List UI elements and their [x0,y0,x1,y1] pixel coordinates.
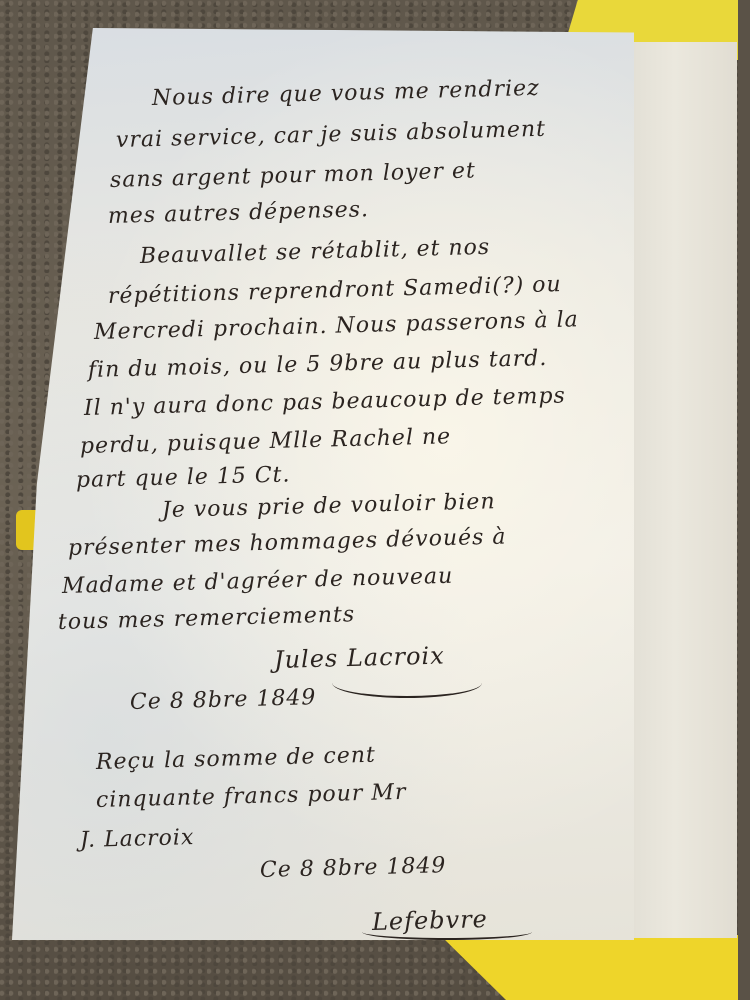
receipt-signature-flourish [362,924,532,940]
letter-line: répétitions reprendront Samedi(?) ou [108,272,562,309]
letter-line: vrai service, car je suis absolument [116,117,547,153]
letter-line: mes autres dépenses. [108,197,370,229]
letter-line: Je vous prie de vouloir bien [162,489,496,523]
letter-facing-page [632,42,737,938]
letter-line: Nous dire que vous me rendriez [152,76,540,111]
letter-page: Nous dire que vous me rendriez vrai serv… [12,28,634,940]
letter-line: Il n'y aura donc pas beaucoup de temps [84,383,566,421]
receipt-line: cinquante francs pour Mr [96,780,407,813]
letter-line: tous mes remerciements [58,602,356,635]
receipt-line: J. Lacroix [80,825,195,853]
letter-line: sans argent pour mon loyer et [110,158,477,193]
letter-body: Nous dire que vous me rendriez vrai serv… [12,28,634,940]
carpet-edge [738,0,750,1000]
letter-line: Mercredi prochain. Nous passerons à la [94,307,579,345]
receipt-date: Ce 8 8bre 1849 [260,853,447,883]
letter-line: part que le 15 Ct. [76,462,291,493]
receipt-line: Reçu la somme de cent [96,743,376,775]
letter-line: présenter mes hommages dévoués à [68,525,507,561]
letter-line: Beauvallet se rétablit, et nos [140,235,491,269]
yellow-envelope-bottom [440,935,740,1000]
letter-date: Ce 8 8bre 1849 [130,685,317,715]
letter-line: perdu, puisque Mlle Rachel ne [80,424,452,459]
signature-flourish [332,668,482,698]
letter-line: fin du mois, ou le 5 9bre au plus tard. [88,346,548,383]
letter-line: Madame et d'agréer de nouveau [62,564,454,599]
